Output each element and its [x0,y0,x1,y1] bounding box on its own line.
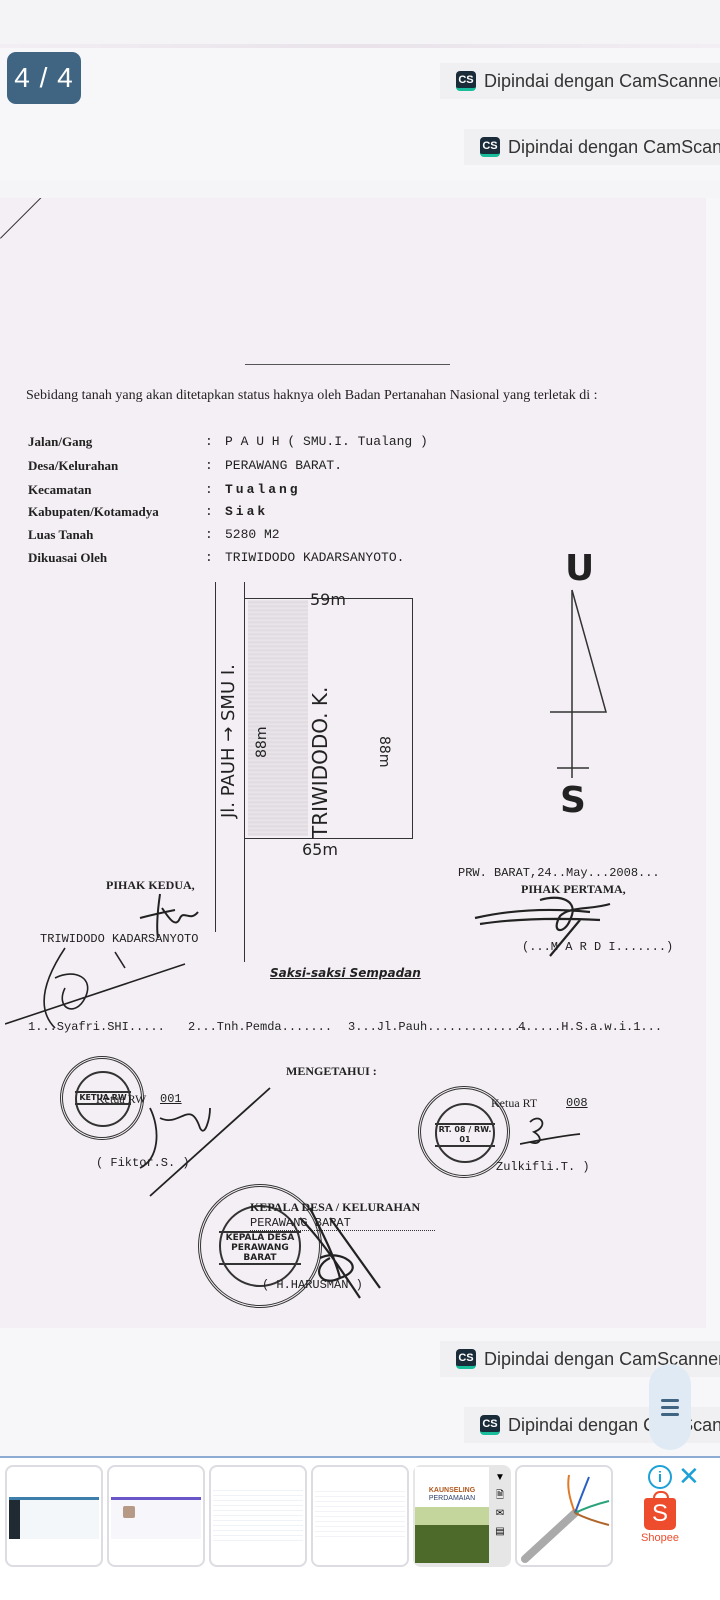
field-colon: : [205,458,213,473]
field-colon: : [205,482,213,497]
shopee-logo[interactable]: S Shopee [640,1498,680,1544]
camscanner-watermark: CS Dipindai dengan CamScanner [464,129,720,165]
field-value-jalan: P A U H ( SMU.I. Tualang ) [225,434,428,449]
page-gap [0,180,720,198]
ketua-rt-number: 008 [566,1096,588,1110]
ad-thumbnail[interactable] [107,1465,205,1567]
scan-header-line [245,364,450,365]
scan-mark [0,198,43,239]
field-value-luas: 5280 M2 [225,527,280,542]
shopee-label: Shopee [640,1532,680,1544]
bottom-dimension: 65m [302,840,338,859]
field-value-kabupaten: Siak [225,504,268,519]
field-colon: : [205,527,213,542]
previous-page-edge [0,44,720,48]
close-icon[interactable]: ✕ [678,1462,700,1490]
book-subtitle: PERDAMAIAN [415,1495,489,1502]
admin-dashboard-image [9,1497,99,1539]
ad-thumbnail[interactable] [515,1465,613,1567]
top-dimension: 59m [310,590,346,609]
ketua-rt-label: Ketua RT [491,1096,537,1111]
kepala-desa-name: ( H.HARUSMAN ) [262,1278,363,1292]
place-date: PRW. BARAT,24..May...2008... [458,866,660,880]
top-strip [0,0,720,48]
shopee-bag-icon: S [644,1498,676,1530]
signature-ketua-rt [520,1112,590,1152]
road-line-left [215,582,216,932]
owner-label: TRIWIDODO. K. [308,687,332,838]
field-label: Kabupaten/Kotamadya [28,504,159,520]
field-label: Luas Tanah [28,527,93,543]
witnesses-title: Saksi-saksi Sempadan [270,966,421,980]
book-action-icons: ▼🗎✉▤ [491,1469,509,1541]
road-label: Jl. PAUH → SMU I. [218,664,239,818]
field-label: Desa/Kelurahan [28,458,118,474]
witness-4: 4.....H.S.a.w.i.1... [518,1020,662,1034]
data-table-image [315,1489,405,1541]
signature-witness-1 [5,938,195,1058]
witness-1: 1...Syafri.SHI..... [28,1020,165,1034]
ad-thumbnail[interactable] [209,1465,307,1567]
camscanner-watermark: CS Dipindai dengan CamScanner [440,63,720,99]
witness-3: 3...Jl.Pauh.............. [348,1020,528,1034]
field-label: Dikuasai Oleh [28,550,107,566]
watermark-text: Dipindai dengan CamScanner [484,1349,720,1370]
page-counter: 4 / 4 [7,52,81,104]
field-label: Kecamatan [28,482,92,498]
book-title: KAUNSELING [415,1487,489,1494]
scanned-document-page[interactable]: Sebidang tanah yang akan ditetapkan stat… [0,198,706,1328]
plot-bottom-edge [245,838,413,839]
ad-thumbnail[interactable] [311,1465,409,1567]
file-manager-image [213,1487,303,1545]
field-value-desa: PERAWANG BARAT. [225,458,342,473]
ketua-rw-name: ( Fiktor.S. ) [96,1156,190,1170]
left-dimension: 88m [254,727,270,758]
right-dimension: 88m [376,736,392,767]
watermark-text: Dipindai dengan CamScanner [484,71,720,92]
field-colon: : [205,550,213,565]
north-label: U [565,548,594,589]
hamburger-menu-button[interactable] [649,1364,691,1450]
witness-2: 2...Tnh.Pemda....... [188,1020,332,1034]
ad-banner[interactable]: KAUNSELING PERDAMAIAN ▼🗎✉▤ i ✕ S Shopee [0,1456,720,1600]
camscanner-logo-icon: CS [456,1349,476,1369]
ad-thumbnail[interactable]: KAUNSELING PERDAMAIAN ▼🗎✉▤ [413,1465,511,1567]
pihak-pertama-name: (...M A R D I.......) [522,940,673,954]
camscanner-logo-icon: CS [480,137,500,157]
field-colon: : [205,504,213,519]
ad-thumbnail[interactable] [5,1465,103,1567]
road-line-right [244,582,245,962]
network-cable-image [517,1467,613,1567]
camscanner-logo-icon: CS [480,1415,500,1435]
field-colon: : [205,434,213,449]
plot-right-edge [412,598,413,838]
south-label: S [560,780,586,821]
compass-arrow-icon [545,588,625,788]
plot-shading [248,600,308,836]
profile-page-image [111,1497,201,1539]
mengetahui-label: MENGETAHUI : [286,1064,377,1079]
signature-ketua-rw [110,1068,280,1198]
field-value-dikuasai: TRIWIDODO KADARSANYOTO. [225,550,404,565]
book-cover-image: KAUNSELING PERDAMAIAN [415,1467,489,1563]
document-intro: Sebidang tanah yang akan ditetapkan stat… [26,388,676,404]
info-icon[interactable]: i [648,1465,672,1489]
hamburger-menu-icon [661,1399,679,1402]
stamp-text: RT. 08 / RW. 01 [435,1123,495,1147]
field-value-kecamatan: Tualang [225,482,301,497]
field-label: Jalan/Gang [28,434,92,450]
camscanner-logo-icon: CS [456,71,476,91]
ketua-rt-name: Zulkifli.T. ) [496,1160,590,1174]
watermark-text: Dipindai dengan CamScanner [508,137,720,158]
